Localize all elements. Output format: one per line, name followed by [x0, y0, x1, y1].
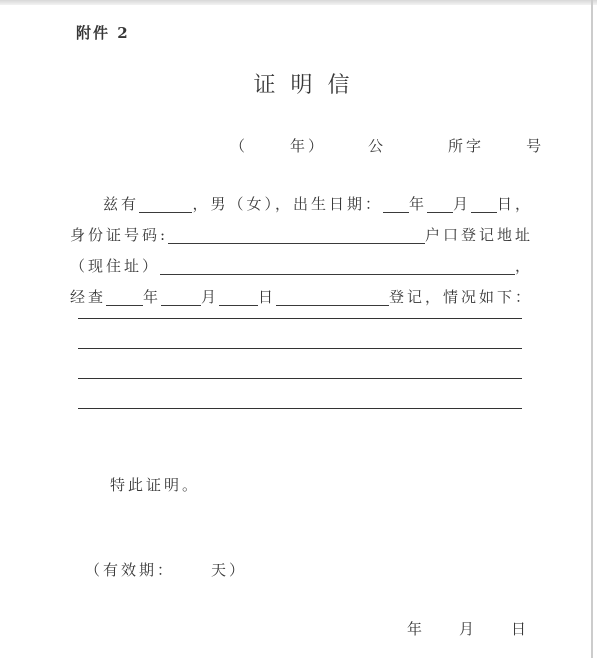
validity-text: （有效期：	[85, 561, 175, 579]
line-name-gender-birthdate: 兹有 ，男（女），出生日期： 年 月 日，	[70, 189, 533, 220]
doc-number-segment: 所字	[448, 137, 484, 155]
blank-underline	[219, 305, 258, 306]
line-text: 年	[143, 282, 161, 313]
line-text: 登记，情况如下：	[389, 282, 533, 313]
closing-statement: 特此证明。	[110, 474, 533, 496]
blank-underline	[383, 212, 409, 213]
document-title: 证明信	[70, 73, 533, 99]
line-registration-check: 经查 年 月 日 登记，情况如下：	[70, 282, 533, 313]
line-id-number: 身份证号码: 户口登记地址	[70, 220, 533, 251]
doc-number-line: （年）公所字号	[230, 137, 533, 156]
page-content: 附件 2 证明信 （年）公所字号 兹有 ，男（女），出生日期： 年 月 日， 身…	[70, 0, 533, 639]
line-text: 兹有	[70, 189, 139, 220]
ruled-line	[78, 349, 522, 379]
line-text: ，男（女），出生日期：	[192, 189, 383, 220]
line-text: 户口登记地址	[425, 220, 533, 251]
ruled-line	[78, 379, 522, 409]
doc-number-segment: 公	[368, 137, 386, 155]
body-paragraph: 兹有 ，男（女），出生日期： 年 月 日， 身份证号码: 户口登记地址 （现住址…	[70, 189, 533, 313]
blank-underline	[427, 212, 453, 213]
month-label: 月	[459, 619, 475, 639]
date-signature-line: 年 月 日	[70, 619, 533, 639]
line-text: 身份证号码:	[70, 220, 168, 251]
line-text: 年	[409, 189, 427, 220]
blank-underline	[106, 305, 143, 306]
blank-underline	[471, 212, 497, 213]
line-text: （现住址）	[70, 251, 160, 282]
line-text: ，	[515, 251, 533, 282]
validity-text: 天）	[211, 561, 247, 579]
line-current-address: （现住址） ，	[70, 251, 533, 282]
doc-number-segment: 年）	[290, 137, 326, 155]
attachment-label: 附件 2	[76, 24, 533, 42]
blank-underline	[139, 212, 192, 213]
blank-underline	[161, 305, 201, 306]
ruled-line	[78, 319, 522, 349]
line-text: 月	[453, 189, 471, 220]
day-label: 日	[511, 619, 527, 639]
line-text: 月	[201, 282, 219, 313]
line-text: 日	[258, 282, 276, 313]
doc-number-segment: （	[230, 137, 248, 155]
year-label: 年	[407, 619, 423, 639]
doc-number-segment: 号	[526, 137, 544, 155]
line-text: 日，	[497, 189, 533, 220]
blank-underline	[276, 305, 389, 306]
validity-period-line: （有效期：天）	[85, 559, 533, 581]
line-text: 经查	[70, 282, 106, 313]
blank-underline	[160, 274, 515, 275]
document-page: 附件 2 证明信 （年）公所字号 兹有 ，男（女），出生日期： 年 月 日， 身…	[0, 0, 597, 658]
blank-underline	[168, 243, 425, 244]
page-right-edge	[591, 0, 593, 658]
